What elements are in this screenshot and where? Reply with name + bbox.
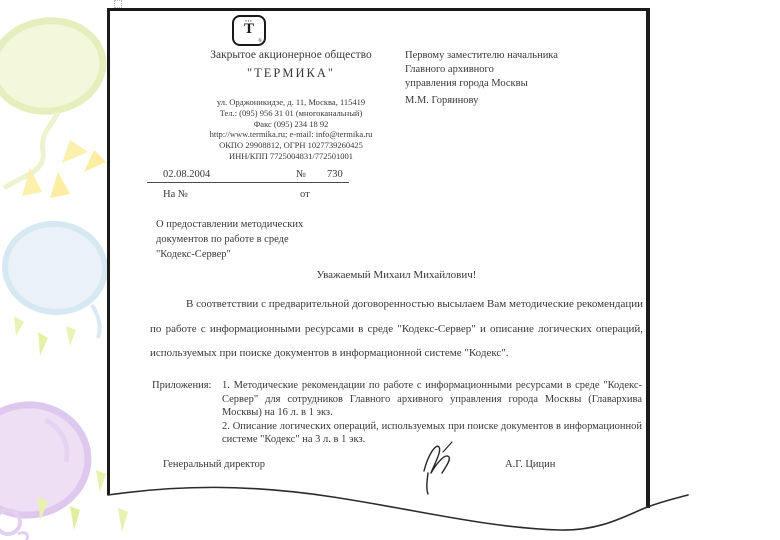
- salutation: Уважаемый Михаил Михайлович!: [150, 269, 643, 281]
- attachment-item: 1. Методические рекомендации по работе с…: [222, 379, 642, 420]
- address-line: ИНН/КПП 7725004831/772501001: [150, 151, 432, 162]
- logo-letter: T: [234, 23, 264, 36]
- address-line: Факс (095) 234 18 92: [150, 119, 432, 130]
- attachments-label: Приложения:: [152, 379, 222, 447]
- letter-number: 730: [327, 169, 343, 180]
- registered-trademark-icon: ®: [258, 39, 262, 44]
- subject-line: О предоставлении методических: [156, 217, 391, 232]
- addressee-line: управления города Москвы: [405, 77, 620, 91]
- date-underline: [147, 182, 349, 183]
- letter-date: 02.08.2004: [163, 169, 210, 180]
- torn-edge-wave: [88, 478, 700, 540]
- addressee-line: Главного архивного: [405, 63, 620, 77]
- number-label: №: [296, 169, 306, 180]
- subject-line: документов по работе в среде: [156, 232, 391, 247]
- addressee-line: Первому заместителю начальника: [405, 49, 620, 63]
- addressee-name: М.М. Горяинову: [405, 95, 478, 106]
- subject-block: О предоставлении методических документов…: [156, 217, 391, 262]
- address-line: ОКПО 29908812, ОГРН 1027739260425: [150, 140, 432, 151]
- attachments-block: Приложения: 1. Методические рекомендации…: [152, 379, 642, 447]
- org-name: "ТЕРМИКА": [150, 66, 432, 81]
- address-line: http://www.termika.ru; e-mail: info@term…: [150, 129, 432, 140]
- handwritten-signature: [408, 437, 454, 495]
- scan-corner-artifact: [114, 0, 122, 8]
- page-border-left: [107, 8, 110, 495]
- page-border-top: [107, 8, 650, 11]
- signer-title: Генеральный директор: [163, 459, 265, 470]
- addressee-block: Первому заместителю начальника Главного …: [405, 49, 620, 90]
- signer-name: А.Г. Цицин: [505, 459, 555, 470]
- org-type: Закрытое акционерное общество: [150, 49, 432, 61]
- body-paragraph: В соответствии с предварительной договор…: [150, 292, 643, 366]
- page-border-right: [646, 8, 650, 508]
- org-address-block: ул. Орджоникидзе, д. 11, Москва, 115419 …: [150, 97, 432, 162]
- termika-logo: ▪▪▪ T ®: [232, 15, 266, 46]
- subject-line: "Кодекс-Сервер": [156, 247, 391, 262]
- address-line: Тел.: (095) 956 31 01 (многоканальный): [150, 108, 432, 119]
- address-line: ул. Орджоникидзе, д. 11, Москва, 115419: [150, 97, 432, 108]
- reference-from-label: от: [300, 189, 310, 200]
- reference-number-label: На №: [163, 189, 188, 200]
